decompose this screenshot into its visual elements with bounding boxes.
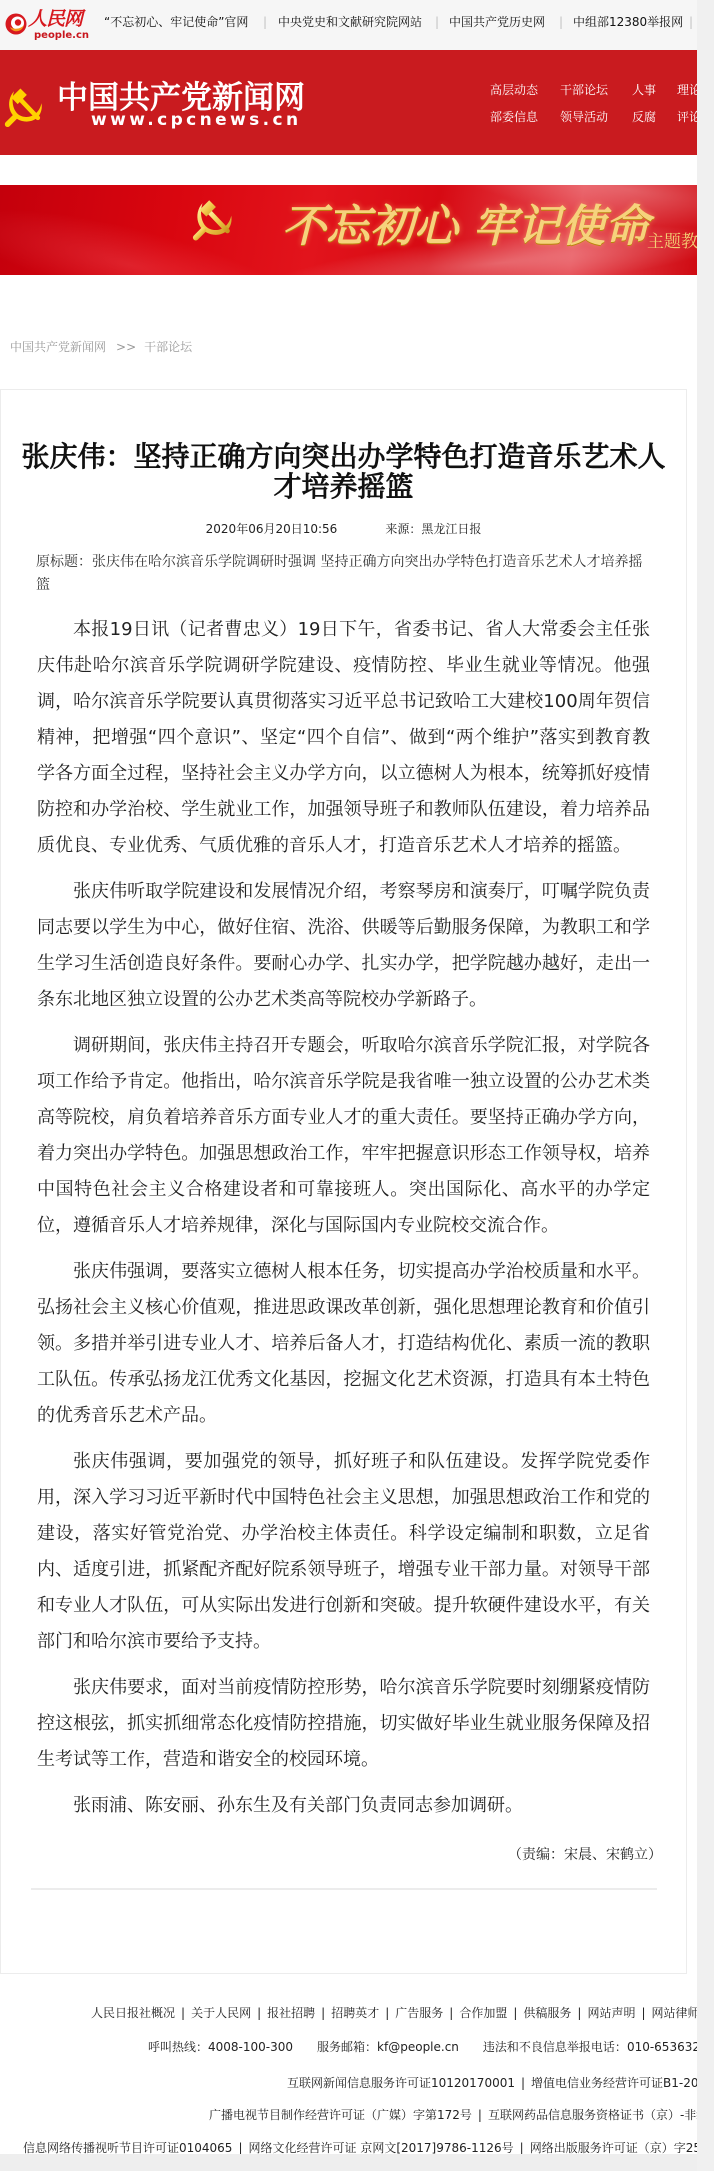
license-online-publishing[interactable]: 网络出版服务许可证（京）字258号 bbox=[530, 2141, 697, 2154]
footer-link-content-supply[interactable]: 供稿服务 bbox=[523, 2006, 571, 2020]
top-link-separator: | bbox=[689, 14, 693, 30]
article-meta: 2020年06月20日10:56来源：黑龙江日报 bbox=[1, 519, 686, 539]
nav-anti-corruption[interactable]: 反腐 bbox=[632, 109, 656, 125]
footer-separator: | bbox=[449, 2006, 453, 2020]
top-link-separator: | bbox=[263, 14, 267, 30]
breadcrumb-separator: >> bbox=[116, 340, 136, 354]
editor-credit: （责编：宋晨、宋鹤立） bbox=[1, 1837, 686, 1873]
nav-ministry-info[interactable]: 部委信息 bbox=[490, 109, 538, 125]
publish-date: 2020年06月20日10:56 bbox=[206, 522, 338, 536]
footer-separator: | bbox=[641, 2006, 645, 2020]
footer-links: 人民日报社概况|关于人民网|报社招聘|招聘英才|广告服务|合作加盟|供稿服务|网… bbox=[91, 2005, 697, 2021]
breadcrumb-home[interactable]: 中国共产党新闻网 bbox=[10, 340, 106, 354]
license-drug-info[interactable]: 互联网药品信息服务资格证书（京）-非经营性-2011-0008 bbox=[488, 2108, 697, 2122]
footer-link-partnership[interactable]: 合作加盟 bbox=[459, 2006, 507, 2020]
nav-theory[interactable]: 理论 bbox=[677, 82, 697, 98]
article-paragraph: 本报19日讯（记者曹忠义）19日下午，省委书记、省人大常委会主任张庆伟赴哈尔滨音… bbox=[37, 612, 650, 864]
article-title: 张庆伟：坚持正确方向突出办学特色打造音乐艺术人才培养摇篮 bbox=[1, 442, 686, 502]
article-source: 来源：黑龙江日报 bbox=[385, 522, 481, 536]
license-broadcast-production[interactable]: 广播电视节目制作经营许可证（广媒）字第172号 bbox=[209, 2108, 472, 2122]
nav-cadre-forum[interactable]: 干部论坛 bbox=[560, 82, 608, 98]
top-link-separator: | bbox=[435, 14, 439, 30]
footer-link-site-statement[interactable]: 网站声明 bbox=[587, 2006, 635, 2020]
footer-separator: | bbox=[513, 2006, 517, 2020]
logo-domain: people.cn bbox=[34, 30, 89, 42]
article-card: 张庆伟：坚持正确方向突出办学特色打造音乐艺术人才培养摇篮 2020年06月20日… bbox=[0, 389, 687, 1974]
banner-tag: 主题教育 bbox=[647, 231, 697, 253]
service-email-link[interactable]: kf@people.cn bbox=[377, 2040, 459, 2054]
page-viewport: 人民网 people.cn “不忘初心、牢记使命”官网 | 中央党史和文献研究院… bbox=[0, 0, 697, 2154]
report-phone-label: 违法和不良信息举报电话： bbox=[483, 2040, 627, 2054]
footer-contact: 呼叫热线：4008-100-300服务邮箱：kf@people.cn违法和不良信… bbox=[148, 2039, 697, 2055]
banner-decoration bbox=[0, 185, 324, 275]
article-body: 本报19日讯（记者曹忠义）19日下午，省委书记、省人大常委会主任张庆伟赴哈尔滨音… bbox=[37, 612, 650, 1824]
article-paragraph: 张庆伟听取学院建设和发展情况介绍，考察琴房和演奏厅，叮嘱学院负责同志要以学生为中… bbox=[37, 874, 650, 1018]
top-link-separator: | bbox=[559, 14, 563, 30]
theme-education-banner[interactable]: 不忘初心 牢记使命 主题教育 bbox=[0, 185, 697, 275]
hammer-sickle-icon bbox=[2, 83, 48, 127]
footer-separator: | bbox=[385, 2006, 389, 2020]
top-link-mission[interactable]: “不忘初心、牢记使命”官网 bbox=[104, 14, 248, 30]
footer-separator: | bbox=[257, 2006, 261, 2020]
article-paragraph: 张雨浦、陈安丽、孙东生及有关部门负责同志参加调研。 bbox=[37, 1788, 650, 1824]
people-swirl-icon bbox=[4, 12, 28, 36]
article-paragraph: 调研期间，张庆伟主持召开专题会，听取哈尔滨音乐学院汇报，对学院各项工作给予肯定。… bbox=[37, 1028, 650, 1244]
service-email-label: 服务邮箱： bbox=[317, 2040, 377, 2054]
top-link-party-history-institute[interactable]: 中央党史和文献研究院网站 bbox=[278, 14, 422, 30]
article-paragraph: 张庆伟强调，要加强党的领导，抓好班子和队伍建设。发挥学院党委作用，深入学习习近平… bbox=[37, 1444, 650, 1660]
nav-leader-activities[interactable]: 领导活动 bbox=[560, 109, 608, 125]
license-telecom[interactable]: 增值电信业务经营许可证B1-20060144 bbox=[531, 2076, 697, 2090]
top-bar: 人民网 people.cn “不忘初心、牢记使命”官网 | 中央党史和文献研究院… bbox=[0, 0, 697, 50]
footer-link-newspaper-jobs[interactable]: 报社招聘 bbox=[267, 2006, 315, 2020]
nav-commentary[interactable]: 评论 bbox=[677, 109, 697, 125]
footer-separator: | bbox=[321, 2006, 325, 2020]
hammer-sickle-icon bbox=[191, 193, 237, 242]
vertical-scrollbar[interactable] bbox=[697, 0, 714, 2171]
breadcrumb: 中国共产党新闻网>>干部论坛 bbox=[10, 339, 192, 355]
top-link-12380-report[interactable]: 中组部12380举报网 bbox=[573, 14, 683, 30]
footer-licenses: 互联网新闻信息服务许可证10120170001|增值电信业务经营许可证B1-20… bbox=[287, 2075, 697, 2091]
people-daily-logo[interactable]: 人民网 people.cn bbox=[4, 9, 82, 43]
footer-separator: | bbox=[521, 2076, 525, 2090]
footer-link-advertising[interactable]: 广告服务 bbox=[395, 2006, 443, 2020]
original-title: 原标题：张庆伟在哈尔滨音乐学院调研时强调 坚持正确方向突出办学特色打造音乐艺术人… bbox=[36, 551, 650, 597]
hotline-label: 呼叫热线： bbox=[148, 2040, 208, 2054]
logo-name: 人民网 bbox=[28, 8, 82, 30]
top-link-cpc-history[interactable]: 中国共产党历史网 bbox=[449, 14, 545, 30]
banner-slogan-1: 不忘初心 bbox=[282, 197, 458, 257]
footer-licenses: 广播电视节目制作经营许可证（广媒）字第172号|互联网药品信息服务资格证书（京）… bbox=[209, 2107, 697, 2123]
license-audiovisual[interactable]: 信息网络传播视听节目许可证0104065 bbox=[23, 2141, 232, 2154]
footer-link-about-people-daily[interactable]: 人民日报社概况 bbox=[91, 2006, 175, 2020]
footer-separator: | bbox=[577, 2006, 581, 2020]
license-news-service[interactable]: 互联网新闻信息服务许可证10120170001 bbox=[287, 2076, 515, 2090]
license-internet-culture[interactable]: 网络文化经营许可证 京网文[2017]9786-1126号 bbox=[249, 2141, 514, 2154]
site-header: 中国共产党新闻网 www.cpcnews.cn 高层动态 干部论坛 人事 理论 … bbox=[0, 50, 697, 155]
footer-link-careers[interactable]: 招聘英才 bbox=[331, 2006, 379, 2020]
banner-slogan-2: 牢记使命 bbox=[473, 197, 649, 257]
footer-separator: | bbox=[181, 2006, 185, 2020]
breadcrumb-cadre-forum[interactable]: 干部论坛 bbox=[144, 340, 192, 354]
horizontal-scrollbar[interactable] bbox=[0, 2154, 697, 2171]
footer-link-site-lawyer[interactable]: 网站律师 bbox=[652, 2006, 698, 2020]
nav-leadership-news[interactable]: 高层动态 bbox=[490, 82, 538, 98]
footer-licenses: 信息网络传播视听节目许可证0104065|网络文化经营许可证 京网文[2017]… bbox=[23, 2140, 697, 2154]
hotline-value: 4008-100-300 bbox=[208, 2040, 293, 2054]
article-paragraph: 张庆伟强调，要落实立德树人根本任务，切实提高办学治校质量和水平。弘扬社会主义核心… bbox=[37, 1254, 650, 1434]
footer-link-about-people-cn[interactable]: 关于人民网 bbox=[191, 2006, 251, 2020]
footer-separator: | bbox=[238, 2141, 242, 2154]
footer-separator: | bbox=[478, 2108, 482, 2122]
footer-separator: | bbox=[520, 2141, 524, 2154]
site-url: www.cpcnews.cn bbox=[91, 110, 302, 130]
divider bbox=[31, 1888, 657, 1890]
nav-personnel[interactable]: 人事 bbox=[632, 82, 656, 98]
report-phone-value: 010-65363263 bbox=[627, 2040, 697, 2054]
article-paragraph: 张庆伟要求，面对当前疫情防控形势，哈尔滨音乐学院要时刻绷紧疫情防控这根弦，抓实抓… bbox=[37, 1670, 650, 1778]
